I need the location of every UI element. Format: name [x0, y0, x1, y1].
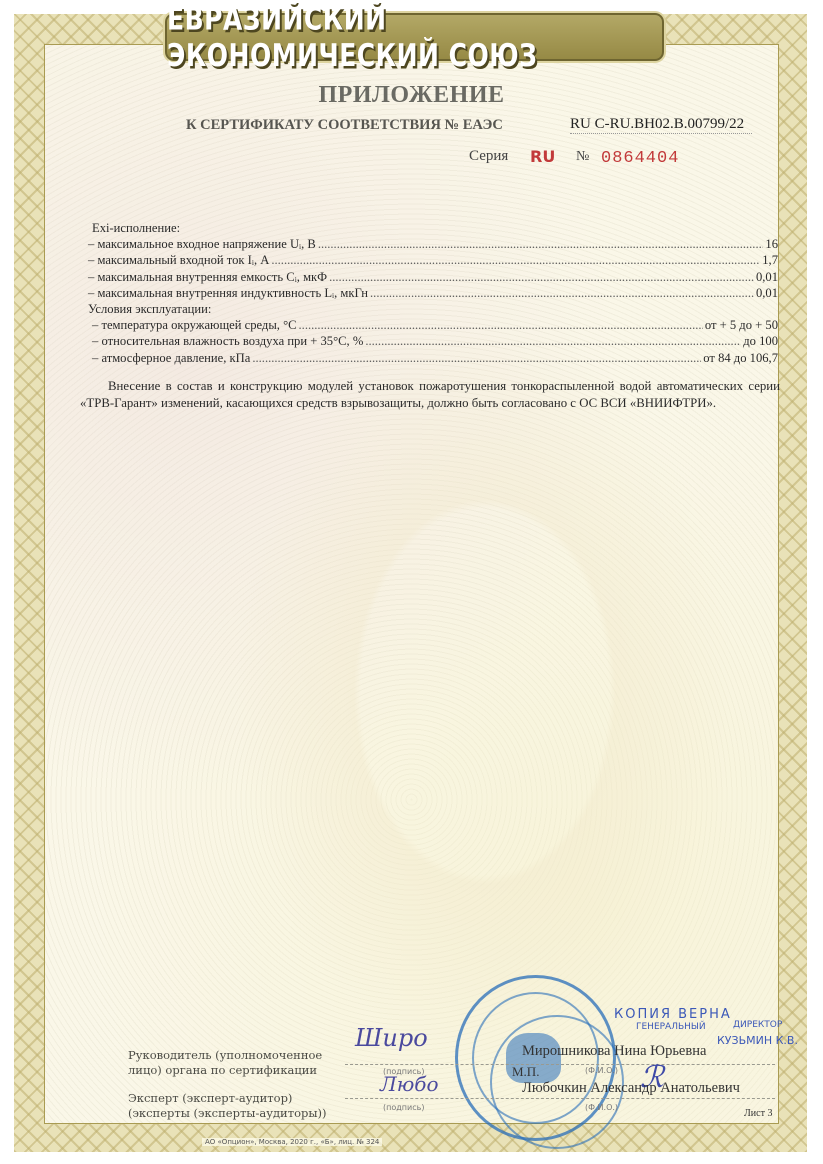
spec-row: – относительная влажность воздуха при + … — [88, 333, 778, 349]
copy-stamp-position-right: ДИРЕКТОР — [733, 1020, 782, 1030]
spec-label: – атмосферное давление, кПа — [92, 350, 250, 366]
specifications: Exi-исполнение: – максимальное входное н… — [88, 220, 778, 366]
head-fio-caption: (Ф.И.О.) — [585, 1066, 618, 1075]
spec-value: 0,01 — [756, 285, 778, 301]
series-label: Серия — [469, 148, 508, 165]
spec-row: – атмосферное давление, кПаот 84 до 106,… — [88, 350, 778, 366]
certificate-label: К СЕРТИФИКАТУ СООТВЕТСТВИЯ № ЕАЭС — [186, 117, 503, 134]
certificate-border-frame — [14, 14, 807, 1152]
expert-label-line2: (эксперты (эксперты-аудиторы)) — [128, 1106, 327, 1121]
spec-label: – максимальное входное напряжение Uᵢ, В — [88, 236, 316, 252]
expert-fio-caption: (Ф.И.О.) — [585, 1103, 618, 1112]
exi-heading: Exi-исполнение: — [88, 220, 778, 236]
spec-value: 1,7 — [762, 252, 778, 268]
printer-imprint: АО «Опцион», Москва, 2020 г., «Б», лиц. … — [202, 1138, 382, 1146]
certificate-page — [44, 44, 779, 1124]
head-name: Мирошникова Нина Юрьевна — [522, 1043, 706, 1060]
certificate-number: RU C-RU.ВН02.В.00799/22 — [570, 116, 752, 134]
union-banner-text: ЕВРАЗИЙСКИЙ ЭКОНОМИЧЕСКИЙ СОЮЗ — [167, 1, 662, 74]
spec-row: – максимальная внутренняя индуктивность … — [88, 285, 778, 301]
spec-label: – максимальная внутренняя емкость Cᵢ, мк… — [88, 269, 327, 285]
spec-label: – относительная влажность воздуха при + … — [92, 333, 363, 349]
expert-signature: Любо — [380, 1072, 439, 1096]
expert-signature-line — [345, 1098, 775, 1099]
conditions-heading: Условия эксплуатации: — [88, 301, 778, 317]
expert-label-line1: Эксперт (эксперт-аудитор) — [128, 1091, 292, 1106]
spec-row: – максимальное входное напряжение Uᵢ, В1… — [88, 236, 778, 252]
spec-label: – температура окружающей среды, °С — [92, 317, 297, 333]
page-title: ПРИЛОЖЕНИЕ — [0, 82, 823, 109]
explosion-protection-note: Внесение в состав и конструкцию модулей … — [80, 378, 780, 412]
copy-stamp-title: КОПИЯ ВЕРНА — [614, 1007, 732, 1022]
series-value: RU — [530, 147, 555, 166]
head-signature: Шиpo — [355, 1024, 428, 1052]
spec-value: 16 — [765, 236, 778, 252]
spec-row: – максимальный входной ток Iᵢ, А1,7 — [88, 252, 778, 268]
spec-value: от 84 до 106,7 — [703, 350, 778, 366]
spec-value: 0,01 — [756, 269, 778, 285]
spec-label: – максимальная внутренняя индуктивность … — [88, 285, 368, 301]
expert-signature-caption: (подпись) — [383, 1103, 424, 1112]
copy-stamp-position-left: ГЕНЕРАЛЬНЫЙ — [636, 1022, 706, 1032]
spec-label: – максимальный входной ток Iᵢ, А — [88, 252, 269, 268]
form-number: 0864404 — [601, 149, 679, 168]
sheet-number: Лист 3 — [744, 1108, 772, 1119]
spec-value: до 100 — [743, 333, 778, 349]
seal-label: М.П. — [512, 1064, 539, 1080]
spec-row: – максимальная внутренняя емкость Cᵢ, мк… — [88, 269, 778, 285]
copy-stamp-name: КУЗЬМИН К.В. — [717, 1034, 798, 1047]
head-signature-line — [345, 1064, 775, 1065]
head-label-line1: Руководитель (уполномоченное — [128, 1048, 322, 1063]
union-banner: ЕВРАЗИЙСКИЙ ЭКОНОМИЧЕСКИЙ СОЮЗ — [165, 13, 664, 61]
head-label-line2: лицо) органа по сертификации — [128, 1063, 317, 1078]
number-sign: № — [576, 149, 589, 165]
spec-value: от + 5 до + 50 — [705, 317, 778, 333]
spec-row: – температура окружающей среды, °Сот + 5… — [88, 317, 778, 333]
expert-name: Любочкин Александр Анатольевич — [522, 1080, 740, 1097]
